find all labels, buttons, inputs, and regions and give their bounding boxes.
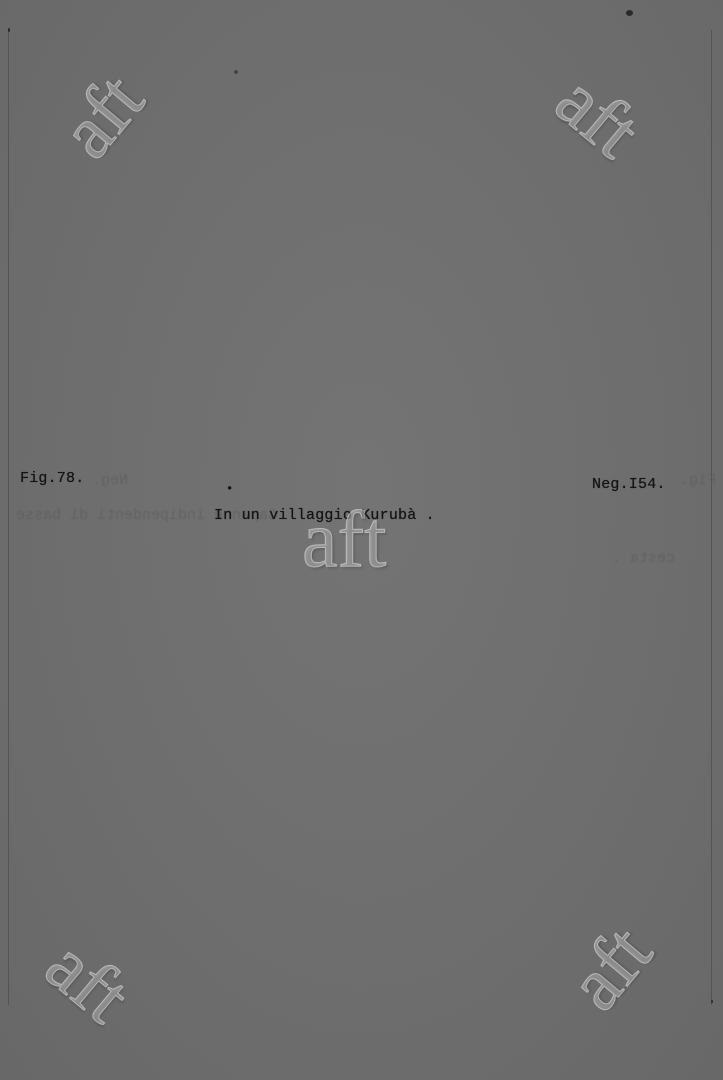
bleed-through-text: cesta . [612, 550, 675, 567]
card-right-edge [711, 30, 712, 1005]
bleed-through-text: Neg. [92, 472, 128, 489]
bleed-through-text: Fig. [680, 472, 716, 489]
dust-speck [626, 10, 633, 16]
negative-label: Neg.I54. [592, 476, 666, 493]
watermark-logo: aft [33, 926, 143, 1036]
caption-mark: • [226, 482, 233, 496]
watermark-logo: aft [555, 913, 665, 1023]
watermark-logo: aft [543, 61, 653, 171]
dust-speck [234, 70, 238, 74]
watermark-logo: aft [302, 500, 386, 580]
dust-speck [711, 1000, 713, 1003]
figure-label: Fig.78. [20, 470, 84, 487]
card-left-edge [8, 30, 9, 1005]
archival-card: Capanne indipendenti di basse cesta . Fi… [0, 0, 723, 1080]
dust-speck [8, 28, 10, 32]
watermark-logo: aft [47, 61, 157, 171]
